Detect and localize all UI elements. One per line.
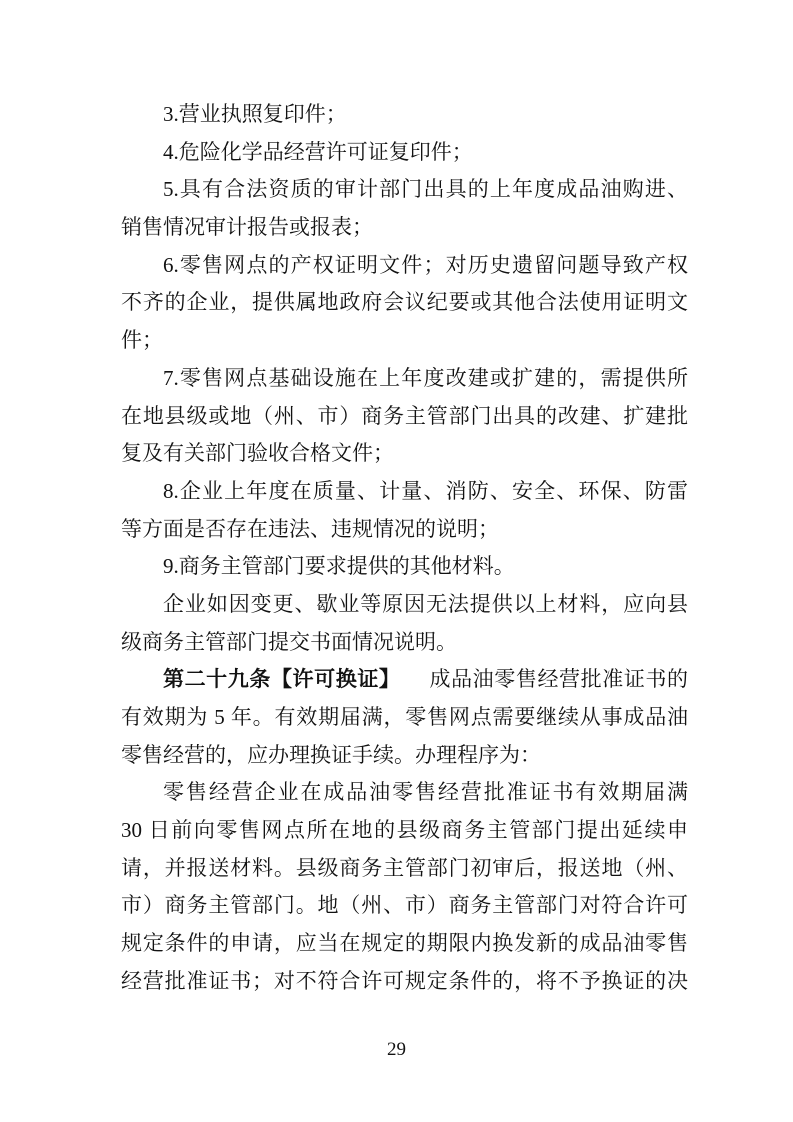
- text-line: 级商务主管部门提交书面情况说明。: [121, 624, 688, 662]
- text-line: 7.零售网点基础设施在上年度改建或扩建的，需提供所: [121, 360, 688, 398]
- text-line: 等方面是否存在违法、违规情况的说明；: [121, 511, 688, 549]
- text-line: 5.具有合法资质的审计部门出具的上年度成品油购进、: [121, 171, 688, 209]
- text-line: 4.危险化学品经营许可证复印件；: [121, 134, 688, 172]
- text-line: 有效期为 5 年。有效期届满，零售网点需要继续从事成品油: [121, 699, 688, 737]
- page-footer: 29: [0, 1038, 793, 1062]
- text-line: 8.企业上年度在质量、计量、消防、安全、环保、防雷: [121, 473, 688, 511]
- document-page: 3.营业执照复印件；4.危险化学品经营许可证复印件；5.具有合法资质的审计部门出…: [0, 0, 793, 1122]
- text-line: 企业如因变更、歇业等原因无法提供以上材料，应向县: [121, 586, 688, 624]
- text-line: 经营批准证书；对不符合许可规定条件的，将不予换证的决: [121, 963, 688, 1001]
- text-line: 在地县级或地（州、市）商务主管部门出具的改建、扩建批: [121, 398, 688, 436]
- text-line: 零售经营企业在成品油零售经营批准证书有效期届满: [121, 774, 688, 812]
- text-line: 不齐的企业，提供属地政府会议纪要或其他合法使用证明文: [121, 284, 688, 322]
- page-number: 29: [387, 1039, 406, 1060]
- text-line: 销售情况审计报告或报表；: [121, 209, 688, 247]
- text-line: 6.零售网点的产权证明文件；对历史遗留问题导致产权: [121, 247, 688, 285]
- text-line: 零售经营的，应办理换证手续。办理程序为：: [121, 737, 688, 775]
- text-line: 件；: [121, 322, 688, 360]
- text-block: 3.营业执照复印件；4.危险化学品经营许可证复印件；5.具有合法资质的审计部门出…: [121, 96, 688, 1001]
- text-line: 3.营业执照复印件；: [121, 96, 688, 134]
- text-line: 请，并报送材料。县级商务主管部门初审后，报送地（州、: [121, 850, 688, 888]
- text-line: 市）商务主管部门。地（州、市）商务主管部门对符合许可: [121, 887, 688, 925]
- text-line: 30 日前向零售网点所在地的县级商务主管部门提出延续申: [121, 812, 688, 850]
- text-line: 规定条件的申请，应当在规定的期限内换发新的成品油零售: [121, 925, 688, 963]
- article-heading: 第二十九条【许可换证】: [163, 667, 401, 691]
- text-line: 9.商务主管部门要求提供的其他材料。: [121, 548, 688, 586]
- text-line: 复及有关部门验收合格文件；: [121, 435, 688, 473]
- text-line: 第二十九条【许可换证】成品油零售经营批准证书的: [121, 661, 688, 699]
